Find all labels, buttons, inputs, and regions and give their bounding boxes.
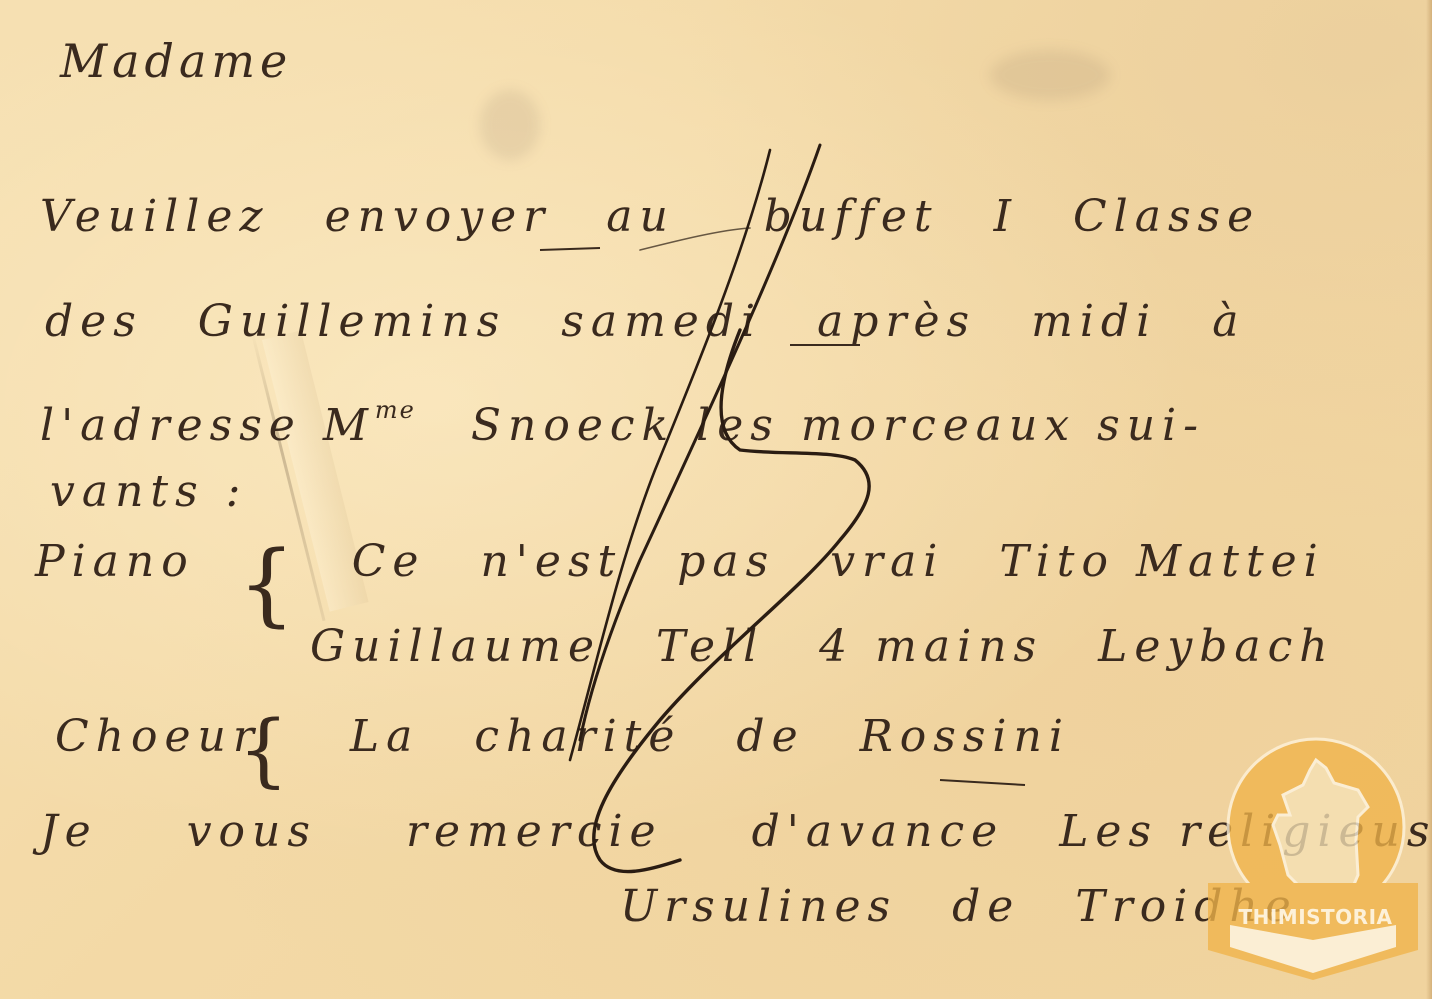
word: Mattei	[1136, 536, 1325, 587]
ink-smudge	[480, 90, 540, 160]
word: à	[1212, 296, 1245, 347]
section-label-choeur: Choeur	[55, 711, 261, 762]
ink-smudge	[990, 50, 1110, 100]
word: de	[736, 711, 804, 762]
choeur-line: Choeur La charité de Rossini	[55, 715, 1070, 759]
word: Je	[40, 806, 98, 857]
brace-icon: {	[238, 710, 289, 790]
title-superscript: me	[375, 396, 416, 424]
word: 4	[819, 621, 854, 672]
letter-line-3: l'adresse Mme Snoeck les morceaux sui-	[40, 398, 1205, 448]
word: Tell	[656, 621, 764, 672]
word: Leybach	[1098, 621, 1335, 672]
word: n'est	[480, 536, 622, 587]
word: I	[994, 191, 1018, 242]
signature-line: Ursulines de Troidhe	[620, 885, 1298, 929]
word: de	[952, 881, 1020, 932]
word: charité	[474, 711, 681, 762]
word: Ce	[352, 536, 426, 587]
address-prefix: l'adresse M	[40, 400, 375, 451]
salutation: Madame	[60, 38, 292, 84]
word: après	[817, 296, 976, 347]
address-suffix: Snoeck les morceaux sui-	[471, 400, 1205, 451]
word: Rossini	[860, 711, 1070, 762]
word: Guillemins	[198, 296, 506, 347]
thimistoria-watermark	[1208, 735, 1418, 985]
piano-line: Piano Ce n'est pas vrai Tito Mattei	[35, 540, 1325, 584]
word: au	[606, 191, 675, 242]
word: Ursulines	[620, 881, 897, 932]
section-label-piano: Piano	[35, 536, 195, 587]
word: des	[45, 296, 143, 347]
postcard: Madame Veuillez envoyer au buffet I Clas…	[0, 0, 1432, 999]
word: Veuillez	[40, 191, 270, 242]
word: vous	[187, 806, 317, 857]
word: remercie	[406, 806, 663, 857]
word: vrai	[830, 536, 944, 587]
word: Les	[1059, 806, 1158, 857]
word: buffet	[764, 191, 939, 242]
word: d'avance	[752, 806, 1005, 857]
piano-line-2: Guillaume Tell 4 mains Leybach	[310, 625, 1335, 669]
letter-line-4: vants :	[50, 470, 248, 514]
word: La	[350, 711, 419, 762]
word: Classe	[1073, 191, 1260, 242]
word: Guillaume	[310, 621, 601, 672]
word: mains	[875, 621, 1043, 672]
word: envoyer	[325, 191, 552, 242]
word: midi	[1031, 296, 1157, 347]
letter-line-1: Veuillez envoyer au buffet I Classe	[40, 195, 1260, 239]
word: pas	[677, 536, 775, 587]
word: Tito	[999, 536, 1115, 587]
word: samedi	[561, 296, 762, 347]
brace-icon: {	[238, 540, 295, 630]
watermark-label: THIMISTORIA	[1208, 905, 1423, 929]
letter-line-2: des Guillemins samedi après midi à	[45, 300, 1245, 344]
